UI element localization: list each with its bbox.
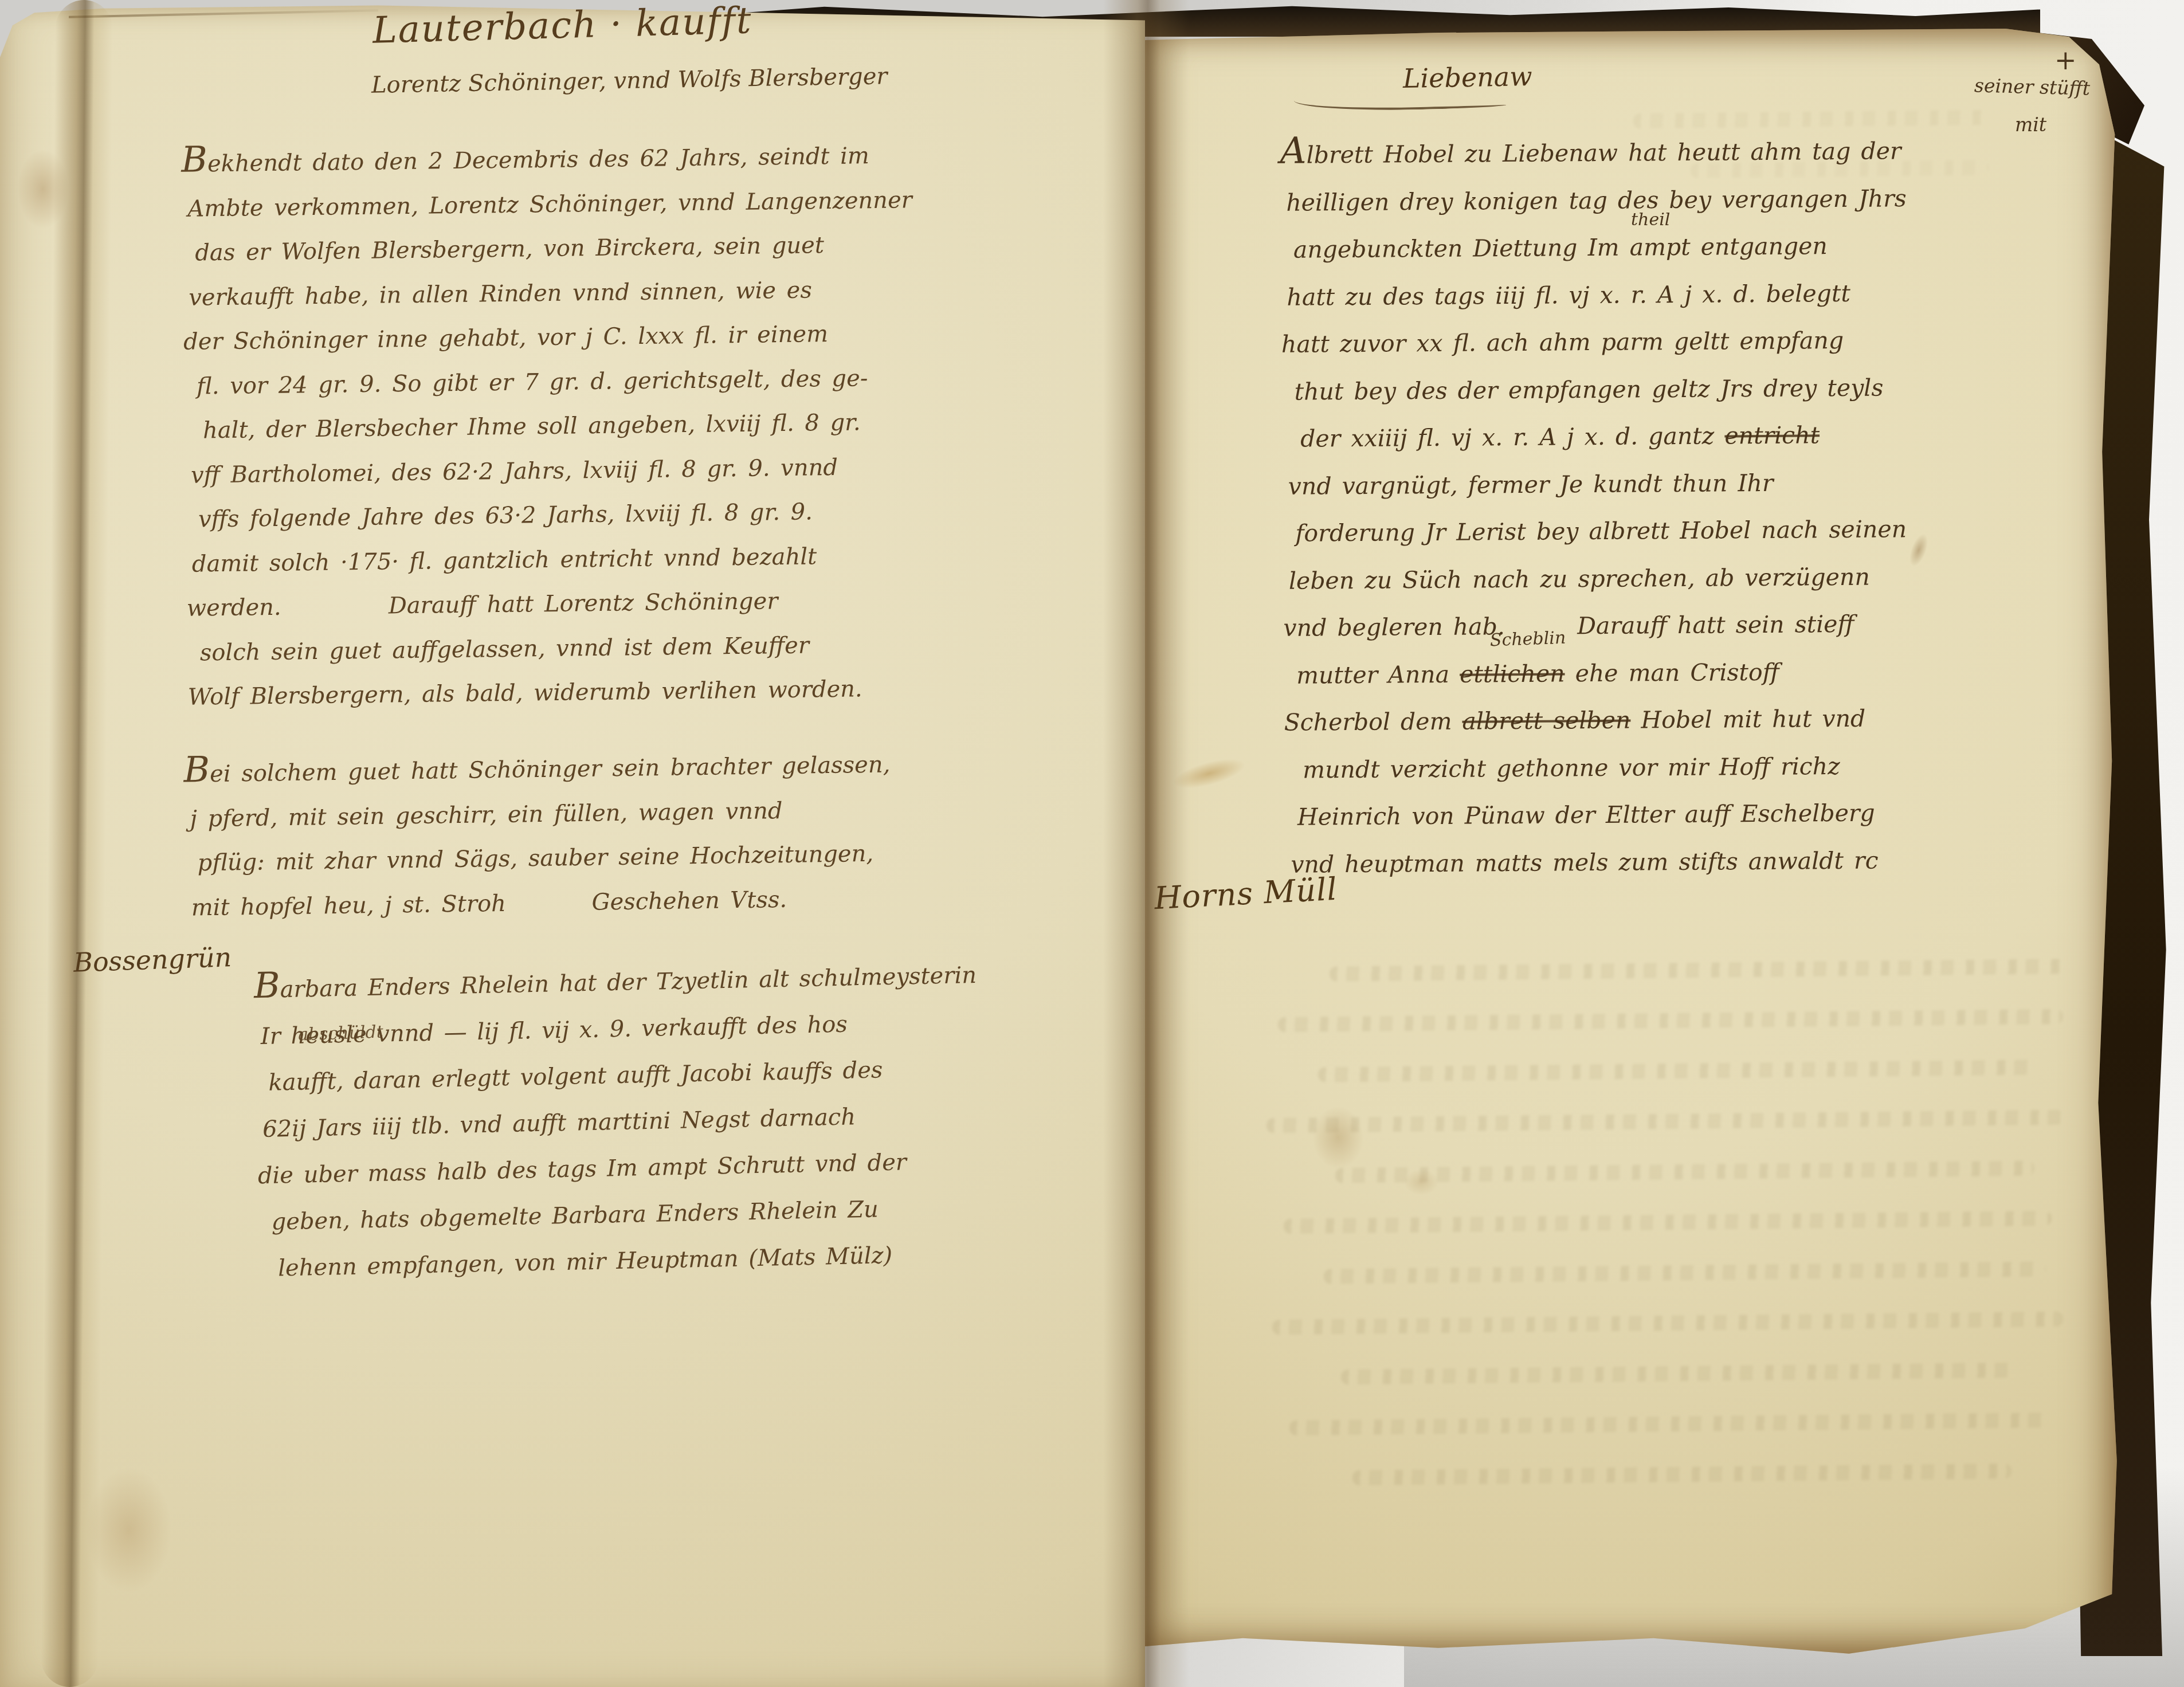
manuscript-line: mundt verzicht gethonne vor mir Hoff ric… bbox=[1303, 742, 1911, 794]
manuscript-line: Wolf Blersbergern, als bald, widerumb ve… bbox=[187, 666, 918, 720]
manuscript-line: vffs folgende Jahre des 63·2 Jarhs, lxvi… bbox=[198, 489, 916, 542]
manuscript-line: thut bey des der empfangen geltz Jrs dre… bbox=[1294, 364, 1908, 415]
left-page-margin-heading: Bossengrün bbox=[73, 941, 232, 978]
gutter-shadow bbox=[1103, 0, 1189, 1687]
left-page-entry-1: Bekhendt dato den 2 Decembris des 62 Jah… bbox=[181, 128, 919, 720]
manuscript-line: angebunckten Diettung Im ampt entgangen bbox=[1293, 222, 1907, 273]
manuscript-line: forderung Jr Lerist bey albrett Hobel na… bbox=[1295, 505, 1909, 557]
manuscript-line: der xxiiij fl. vj x. r. A j x. d. gantz … bbox=[1300, 411, 1908, 462]
right-page-margin-insertion-1: seiner stüfft bbox=[1974, 74, 2091, 99]
manuscript-line: damit solch ·175· fl. gantzlich entricht… bbox=[191, 533, 916, 587]
manuscript-line: heilligen drey konigen tag des bey verga… bbox=[1286, 175, 1907, 226]
manuscript-line: Scherbol dem albrett selben Hobel mit hu… bbox=[1284, 695, 1910, 746]
left-page-interlinear-insertion: abschüldt bbox=[297, 1022, 383, 1045]
paper-stain bbox=[1404, 1169, 1438, 1195]
left-page-entry-2: Barbara Enders Rhelein hat der Tzyetlin … bbox=[253, 947, 983, 1292]
manuscript-line: vnd heuptman matts mels zum stifts anwal… bbox=[1291, 837, 1911, 888]
manuscript-line: vnd begleren hab. Darauff hatt sein stie… bbox=[1283, 600, 1909, 652]
paper-stain bbox=[86, 1467, 172, 1593]
interlinear-insertion-theil: theil bbox=[1631, 210, 1670, 230]
manuscript-line: mutter Anna ettlichen ehe man Cristoff bbox=[1296, 648, 1910, 699]
paper-stain bbox=[17, 149, 69, 229]
manuscript-line: Bei solchem guet hatt Schöninger sein br… bbox=[183, 737, 891, 797]
right-page-entry: Albrett Hobel zu Liebenaw hat heutt ahm … bbox=[1280, 123, 1911, 888]
insertion-caret-mark: + bbox=[2054, 45, 2077, 76]
interlinear-insertion-scheblin: Scheblin bbox=[1489, 628, 1566, 651]
manuscript-photo: Lauterbach · kaufft Lorentz Schöninger, … bbox=[0, 0, 2184, 1687]
manuscript-line: halt, der Blersbecher Ihme soll angeben,… bbox=[203, 400, 915, 453]
manuscript-line: Albrett Hobel zu Liebenaw hat heutt ahm … bbox=[1280, 123, 1906, 179]
manuscript-line: Bekhendt dato den 2 Decembris des 62 Jah… bbox=[181, 128, 912, 187]
manuscript-line: das er Wolfen Blersbergern, von Birckera… bbox=[195, 222, 913, 276]
manuscript-line: hatt zu des tags iiij fl. vj x. r. A j x… bbox=[1287, 269, 1907, 321]
left-page-entry-1-closing: Bei solchem guet hatt Schöninger sein br… bbox=[183, 737, 892, 930]
paper-stain bbox=[1312, 1106, 1364, 1169]
manuscript-line: der Schöninger inne gehabt, vor j C. lxx… bbox=[183, 311, 914, 364]
manuscript-line: vnd vargnügt, fermer Je kundt thun Ihr bbox=[1288, 458, 1908, 510]
right-page-margin-insertion-2: mit bbox=[2015, 113, 2046, 136]
manuscript-line: hatt zuvor xx fl. ach ahm parm geltt emp… bbox=[1281, 316, 1908, 368]
manuscript-line: Heinrich von Pünaw der Eltter auff Esche… bbox=[1297, 789, 1911, 841]
manuscript-line: leben zu Süch nach zu sprechen, ab verzü… bbox=[1289, 553, 1909, 605]
